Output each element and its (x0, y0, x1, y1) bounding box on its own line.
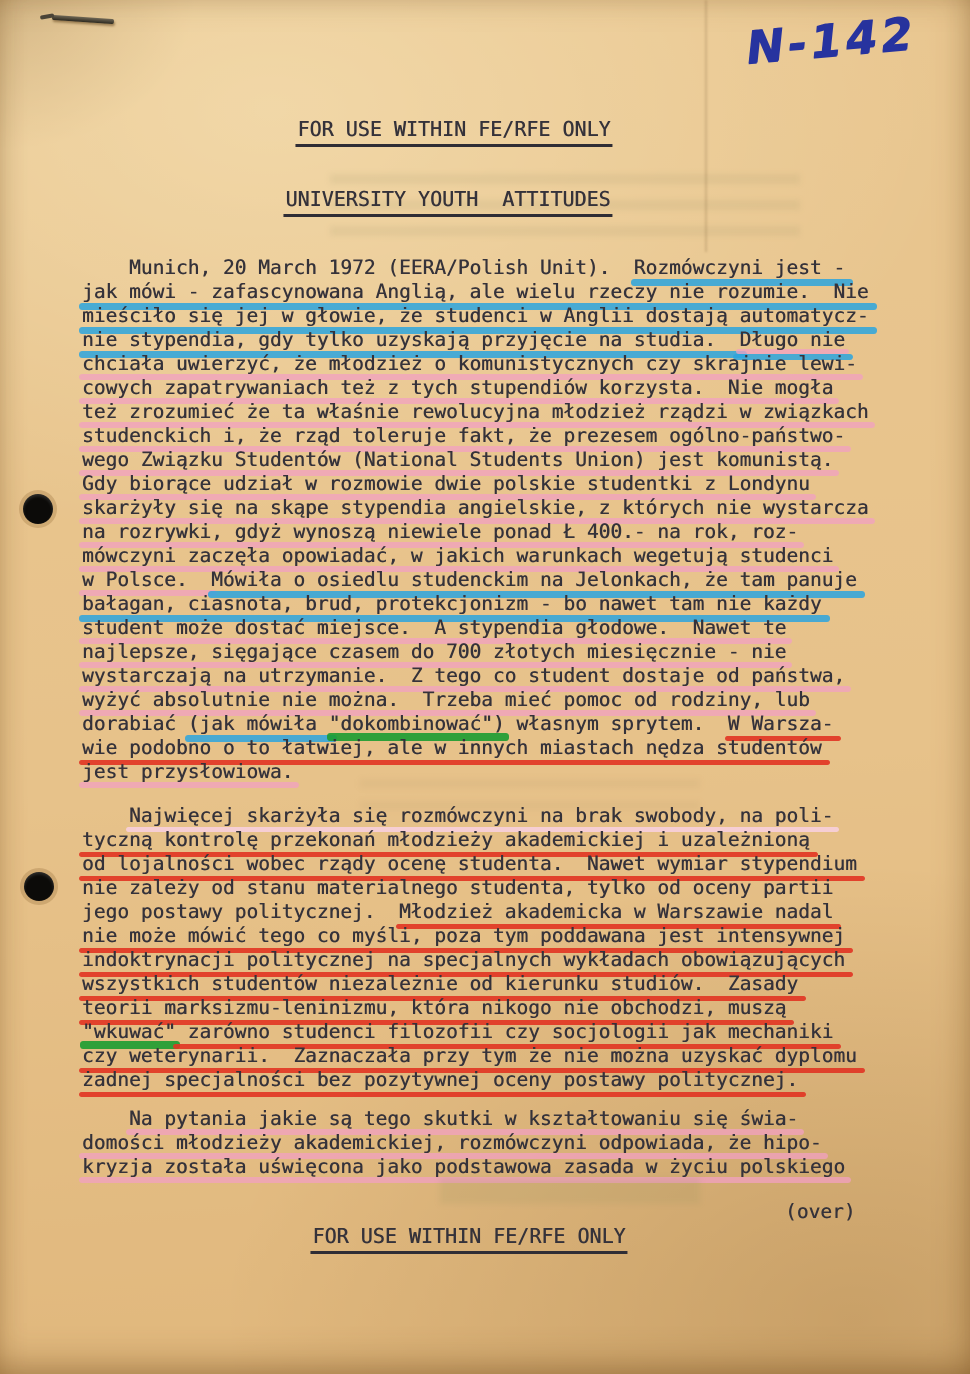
text-segment (82, 1107, 129, 1130)
staple (52, 15, 114, 24)
text-line: chciała uwierzyć, że młodzież o komunist… (82, 352, 892, 376)
underlined-text-pink: domości młodzieży akademickiej, rozmówcz… (82, 1131, 822, 1154)
text-line: jego postawy politycznej. Młodzież akade… (82, 900, 892, 924)
text-line: skarżyły się na skąpe stypendia angielsk… (82, 496, 892, 520)
underlined-text-pink: najlepsze, sięgające czasem do 700 złoty… (82, 640, 786, 663)
text-line: jak mówi - zafascynowana Anglią, ale wie… (82, 280, 892, 304)
text-line: też zrozumieć że ta właśnie rewolucyjna … (82, 400, 892, 424)
text-line: Na pytania jakie są tego skutki w kształ… (82, 1107, 892, 1131)
underlined-text-red: od lojalności wobec rządy ocenę studenta… (82, 852, 857, 875)
underlined-text-pink: cowych zapatrywaniach też z tych stupend… (82, 376, 833, 399)
underlined-text-red: nie może mówić tego co myśli, poza tym p… (82, 924, 845, 947)
underlined-text-pink: Gdy biorące udział w rozmowie dwie polsk… (82, 472, 810, 495)
paper-crease (705, 0, 707, 252)
underlined-text-green: "dokombinować") (329, 712, 505, 735)
underlined-text-pink: wystarczają na utrzymanie. Z tego co stu… (82, 664, 845, 687)
text-line: wszystkich studentów niezależnie od kier… (82, 972, 892, 996)
underlined-text-red: Młodzież akademicka w Warszawie nadal (399, 900, 833, 923)
underlined-text-blue: Rozmówczyni jest - (634, 256, 845, 279)
underlined-text-pink: wyżyć absolutnie nie można. Trzeba mieć … (82, 688, 810, 711)
text-line: czy weterynarii. Zaznaczała przy tym że … (82, 1044, 892, 1068)
ghost-smudge (440, 1178, 700, 1204)
text-line: żadnej specjalności bez pozytywnej oceny… (82, 1068, 892, 1092)
paragraph-3: Na pytania jakie są tego skutki w kształ… (82, 1107, 892, 1179)
text-segment: własnym sprytem. (505, 712, 728, 735)
text-line: nie zależy od stanu materialnego student… (82, 876, 892, 900)
text-segment: Munich, 20 March 1972 (EERA/Polish Unit)… (82, 256, 634, 279)
underlined-text-lightpink: Najwięcej skarżyła się rozmówczyni na br… (129, 804, 833, 827)
text-line: wystarczają na utrzymanie. Z tego co stu… (82, 664, 892, 688)
underlined-text-red: W Warsza- (728, 712, 834, 735)
underlined-text-red: indoktrynacji politycznej na specjalnych… (82, 948, 845, 971)
text-segment: dorabiać (82, 712, 188, 735)
text-line: "wkuwać" zarówno studenci filozofii czy … (82, 1020, 892, 1044)
text-line: Munich, 20 March 1972 (EERA/Polish Unit)… (82, 256, 892, 280)
text-line: tyczną kontrolę przekonań młodzieży akad… (82, 828, 892, 852)
underlined-text-blue: Mówiła o osiedlu studenckim na Jelonkach… (211, 568, 857, 591)
underlined-text-pink: na rozrywki, gdyż wynoszą niewiele ponad… (82, 520, 798, 543)
text-line: bałagan, ciasnota, brud, protekcjonizm -… (82, 592, 892, 616)
underlined-text-red: wszystkich studentów niezależnie od kier… (82, 972, 798, 995)
underlined-text-blue: nie stypendia, gdy tylko uzyskają przyję… (82, 328, 739, 351)
text-line: wie podobno o to łatwiej, ale w innych m… (82, 736, 892, 760)
underlined-text-pink: wego Związku Studentów (National Student… (82, 448, 833, 471)
text-line: wyżyć absolutnie nie można. Trzeba mieć … (82, 688, 892, 712)
underlined-text-red: teorii marksizmu-leninizmu, która nikogo… (82, 996, 786, 1019)
underlined-text-pink: studenckich i, że rząd toleruje fakt, że… (82, 424, 845, 447)
underlined-text-red: żadnej specjalności bez pozytywnej oceny… (82, 1068, 798, 1091)
text-line: w Polsce. Mówiła o osiedlu studenckim na… (82, 568, 892, 592)
text-line: teorii marksizmu-leninizmu, która nikogo… (82, 996, 892, 1020)
underlined-text-pink: w Polsce. (82, 568, 211, 591)
text-line: student może dostać miejsce. A stypendia… (82, 616, 892, 640)
text-segment (82, 804, 129, 827)
text-line: na rozrywki, gdyż wynoszą niewiele ponad… (82, 520, 892, 544)
text-line: Najwięcej skarżyła się rozmówczyni na br… (82, 804, 892, 828)
underlined-text-pink: student może dostać miejsce. A stypendia… (82, 616, 786, 639)
text-line: od lojalności wobec rządy ocenę studenta… (82, 852, 892, 876)
document-title: UNIVERSITY YOUTH ATTITUDES (283, 187, 612, 217)
hole-punch (23, 494, 53, 524)
underlined-text-green: "wkuwać" (82, 1020, 176, 1043)
hole-punch (24, 872, 54, 901)
security-footer: FOR USE WITHIN FE/RFE ONLY (310, 1224, 627, 1254)
underlined-text-red: tyczną kontrolę przekonań młodzieży akad… (82, 828, 810, 851)
underlined-text-pink: jest przysłowiowa. (82, 760, 293, 783)
document-page: N-142 FOR USE WITHIN FE/RFE ONLY UNIVERS… (0, 0, 970, 1374)
text-line: domości młodzieży akademickiej, rozmówcz… (82, 1131, 892, 1155)
over-note: (over) (785, 1200, 855, 1223)
text-line: wego Związku Studentów (National Student… (82, 448, 892, 472)
text-line: studenckich i, że rząd toleruje fakt, że… (82, 424, 892, 448)
underlined-text-pink: Na pytania jakie są tego skutki w kształ… (129, 1107, 798, 1130)
text-line: najlepsze, sięgające czasem do 700 złoty… (82, 640, 892, 664)
text-line: jest przysłowiowa. (82, 760, 892, 784)
underlined-text-red: czy weterynarii. Zaznaczała przy tym że … (82, 1044, 857, 1067)
paragraph-1: Munich, 20 March 1972 (EERA/Polish Unit)… (82, 256, 892, 784)
underlined-text-blue: jak mówi - zafascynowana Anglią, ale wie… (82, 280, 869, 303)
document-text: Munich, 20 March 1972 (EERA/Polish Unit)… (82, 256, 892, 1179)
underlined-text-blue: (jak mówiła (188, 712, 329, 735)
underlined-text-pink: skarżyły się na skąpe stypendia angielsk… (82, 496, 869, 519)
security-header: FOR USE WITHIN FE/RFE ONLY (295, 117, 612, 147)
underlined-text-pink: mówczyni zaczęła opowiadać, w jakich war… (82, 544, 833, 567)
text-line: kryzja została uświęcona jako podstawowa… (82, 1155, 892, 1179)
underlined-text-pink: chciała uwierzyć, że młodzież o komunist… (82, 352, 857, 375)
handwritten-stamp: N-142 (744, 7, 918, 75)
text-line: mieściło się jej w głowie, że studenci w… (82, 304, 892, 328)
text-line: Gdy biorące udział w rozmowie dwie polsk… (82, 472, 892, 496)
text-line: mówczyni zaczęła opowiadać, w jakich war… (82, 544, 892, 568)
underlined-text-pinkblue: Długo nie (739, 328, 845, 351)
text-line: indoktrynacji politycznej na specjalnych… (82, 948, 892, 972)
text-line: nie może mówić tego co myśli, poza tym p… (82, 924, 892, 948)
underlined-text-red: wie podobno o to łatwiej, ale w innych m… (82, 736, 822, 759)
text-line: nie stypendia, gdy tylko uzyskają przyję… (82, 328, 892, 352)
paragraph-2: Najwięcej skarżyła się rozmówczyni na br… (82, 804, 892, 1092)
text-line: dorabiać (jak mówiła "dokombinować") wła… (82, 712, 892, 736)
text-segment: jego postawy politycznej. (82, 900, 399, 923)
text-segment: nie zależy od stanu materialnego student… (82, 876, 833, 899)
underlined-text-blue: mieściło się jej w głowie, że studenci w… (82, 304, 869, 327)
underlined-text-pink: też zrozumieć że ta właśnie rewolucyjna … (82, 400, 869, 423)
underlined-text-pink: kryzja została uświęcona jako podstawowa… (82, 1155, 845, 1178)
underlined-text-blue: bałagan, ciasnota, brud, protekcjonizm -… (82, 592, 822, 615)
underlined-text-red: zarówno studenci filozofii czy socjologi… (176, 1020, 833, 1043)
text-line: cowych zapatrywaniach też z tych stupend… (82, 376, 892, 400)
